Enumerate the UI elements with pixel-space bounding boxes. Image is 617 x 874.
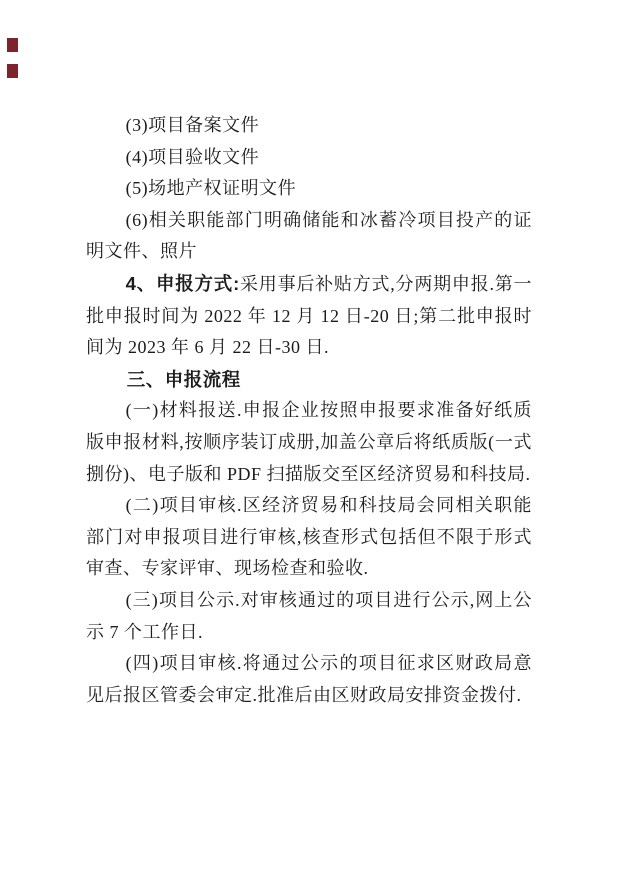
list-item-3: (3)项目备案文件 (86, 110, 532, 142)
red-marker-bottom (7, 64, 18, 78)
paragraph-text: (3)项目备案文件 (126, 115, 260, 135)
paragraph-application-method: 4、申报方式:采用事后补贴方式,分两期申报.第一批申报时间为 2022 年 12… (86, 268, 532, 364)
section-heading-application-process: 三、申报流程 (86, 364, 532, 396)
paragraph-text: (6)相关职能部门明确储能和冰蓄冷项目投产的证明文件、照片 (86, 210, 532, 262)
paragraph-text: (四)项目审核.将通过公示的项目征求区财政局意见后报区管委会审定.批准后由区财政… (86, 653, 532, 705)
paragraph-lead-text: 4、申报方式: (126, 273, 240, 294)
paragraph-text: (5)场地产权证明文件 (126, 178, 297, 198)
paragraph-project-approval: (四)项目审核.将通过公示的项目征求区财政局意见后报区管委会审定.批准后由区财政… (86, 648, 532, 711)
paragraph-text: (一)材料报送.申报企业按照申报要求准备好纸质版申报材料,按顺序装订成册,加盖公… (86, 400, 532, 483)
paragraph-project-review: (二)项目审核.区经济贸易和科技局会同相关职能部门对申报项目进行审核,核查形式包… (86, 490, 532, 585)
paragraph-project-publicity: (三)项目公示.对审核通过的项目进行公示,网上公示 7 个工作日. (86, 585, 532, 648)
paragraph-material-submission: (一)材料报送.申报企业按照申报要求准备好纸质版申报材料,按顺序装订成册,加盖公… (86, 395, 532, 490)
paragraph-text: (4)项目验收文件 (126, 147, 260, 167)
list-item-5: (5)场地产权证明文件 (86, 173, 532, 205)
paragraph-text: (二)项目审核.区经济贸易和科技局会同相关职能部门对申报项目进行审核,核查形式包… (86, 495, 532, 578)
list-item-6: (6)相关职能部门明确储能和冰蓄冷项目投产的证明文件、照片 (86, 205, 532, 268)
document-body: (3)项目备案文件(4)项目验收文件(5)场地产权证明文件(6)相关职能部门明确… (86, 110, 532, 711)
document-page: (3)项目备案文件(4)项目验收文件(5)场地产权证明文件(6)相关职能部门明确… (0, 0, 617, 874)
red-marker-top (7, 38, 18, 52)
paragraph-lead-text: 三、申报流程 (127, 369, 241, 390)
list-item-4: (4)项目验收文件 (86, 142, 532, 174)
paragraph-text: (三)项目公示.对审核通过的项目进行公示,网上公示 7 个工作日. (86, 590, 532, 642)
